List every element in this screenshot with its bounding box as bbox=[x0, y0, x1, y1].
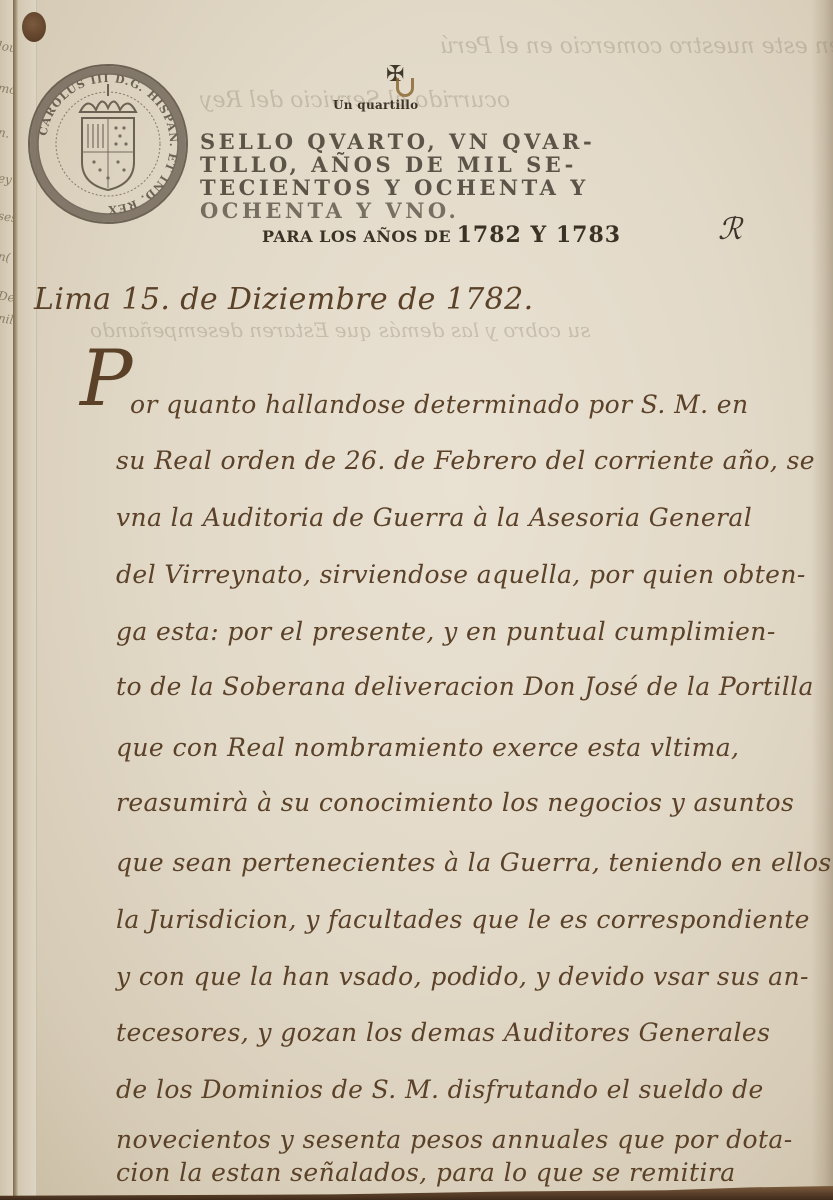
body-line: reasumirà à su conocimiento los negocios… bbox=[116, 788, 794, 817]
body-line: la Jurisdicion, y facultades que le es c… bbox=[116, 905, 810, 934]
body-line: de los Dominios de S. M. disfrutando el … bbox=[116, 1075, 764, 1104]
stamp-years-prefix: PARA LOS AÑOS DE bbox=[262, 227, 451, 246]
stamp-line: TILLO, AÑOS DE MIL SE- bbox=[200, 153, 595, 176]
body-line: su Real orden de 26. de Febrero del corr… bbox=[116, 446, 815, 475]
body-line: vna la Auditoria de Guerra à la Asesoria… bbox=[116, 503, 752, 532]
body-line: or quanto hallandose determinado por S. … bbox=[130, 390, 749, 419]
margin-fragment: ey bbox=[0, 171, 13, 187]
place-date-heading: Lima 15. de Diziembre de 1782. bbox=[34, 282, 534, 317]
adjacent-page-edge: lou mo n. ey ses n( De- nil bbox=[0, 0, 14, 1200]
body-line: que con Real nombramiento exerce esta vl… bbox=[116, 733, 739, 762]
drop-cap: P bbox=[80, 340, 132, 418]
body-line: ga esta: por el presente, y en puntual c… bbox=[116, 617, 776, 646]
coat-of-arms-icon: CAROLUS III D.G. HISPAN. ET IND. REX bbox=[30, 66, 186, 222]
stamp-value: Un quartillo bbox=[333, 98, 418, 112]
ink-stain bbox=[22, 12, 46, 42]
royal-seal: CAROLUS III D.G. HISPAN. ET IND. REX bbox=[28, 64, 188, 224]
page-bottom-edge bbox=[0, 1186, 833, 1200]
body-line: del Virreynato, sirviendose aquella, por… bbox=[116, 560, 806, 589]
body-line: que sean pertenecientes à la Guerra, ten… bbox=[116, 848, 832, 877]
stamp-line: TECIENTOS Y OCHENTA Y bbox=[200, 176, 595, 199]
stamp-years: PARA LOS AÑOS DE 1782 Y 1783 bbox=[262, 222, 621, 248]
rubric-signature: ℛ bbox=[718, 212, 742, 247]
stamp-line: SELLO QVARTO, VN QVAR- bbox=[200, 130, 595, 153]
cross-flourish-icon bbox=[396, 78, 414, 97]
body-line: novecientos y sesenta pesos annuales que… bbox=[116, 1125, 793, 1154]
page-right-edge bbox=[811, 0, 833, 1200]
bleed-through-text: yn vaniò en este nuestro comercio en el … bbox=[440, 34, 833, 59]
body-line: y con que la han vsado, podido, y devido… bbox=[116, 962, 809, 991]
body-line: tecesores, y gozan los demas Auditores G… bbox=[116, 1018, 770, 1047]
document-scan: lou mo n. ey ses n( De- nil yn vaniò en … bbox=[0, 0, 833, 1200]
margin-fragment: n( bbox=[0, 249, 11, 265]
stamp-text: SELLO QVARTO, VN QVAR- TILLO, AÑOS DE MI… bbox=[200, 130, 595, 222]
stamp-line: OCHENTA Y VNO. bbox=[200, 199, 595, 222]
body-line: to de la Soberana deliveracion Don José … bbox=[116, 672, 814, 701]
margin-fragment: n. bbox=[0, 125, 10, 140]
stamp-years-value: 1782 Y 1783 bbox=[457, 222, 621, 248]
bleed-through-text: su cobro y las demás que Estaren desempe… bbox=[90, 318, 590, 342]
body-line: cion la estan señalados, para lo que se … bbox=[116, 1158, 736, 1187]
